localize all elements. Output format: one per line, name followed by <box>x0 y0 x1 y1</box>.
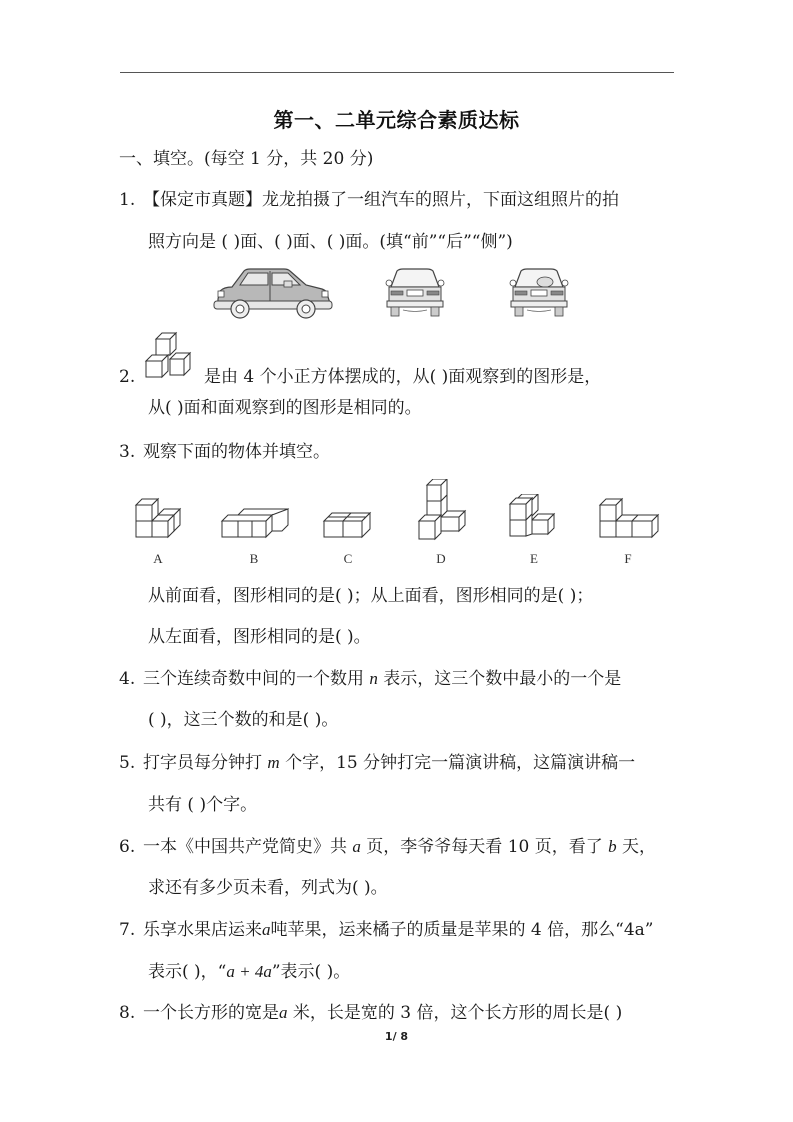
cube-figure-a <box>134 497 190 543</box>
page-title: 第一、二单元综合素质达标 <box>0 104 793 133</box>
question-text: 个字，15 分钟打完一篇演讲稿，这篇演讲稿一 <box>280 753 635 773</box>
variable-n: n <box>369 669 378 688</box>
question-text: 【保定市真题】龙龙拍摄了一组汽车的照片，下面这组照片的拍 <box>143 190 619 210</box>
question-3-line-2: 从前面看，图形相同的是( )；从上面看，图形相同的是( )； <box>148 585 593 607</box>
question-text: 吨苹果，运来橘子的质量是苹果的 4 倍，那么“4a” <box>271 920 654 940</box>
car-rear-view-figure <box>383 265 447 319</box>
question-text: 观察下面的物体并填空。 <box>143 442 330 462</box>
cube-figure-c <box>322 507 372 541</box>
expression: a + 4a <box>226 962 271 981</box>
figure-label-c: C <box>338 551 358 567</box>
question-text: 表示，这三个数中最小的一个是 <box>378 669 621 689</box>
cube-figure-d <box>415 479 467 543</box>
variable-a: a <box>279 1003 288 1022</box>
section-heading: 一、填空。(每空 1 分，共 20 分) <box>119 148 373 170</box>
question-text: 打字员每分钟打 <box>143 753 267 773</box>
question-text: 乐享水果店运来 <box>143 920 262 940</box>
question-text: 一本《中国共产党简史》共 <box>143 837 352 857</box>
page-number: 1/ 8 <box>0 1030 793 1043</box>
question-1-line-1: 1.【保定市真题】龙龙拍摄了一组汽车的照片，下面这组照片的拍 <box>119 189 619 211</box>
car-rear-view-spare-tire-figure <box>507 265 571 319</box>
question-text: 三个连续奇数中间的一个数用 <box>143 669 369 689</box>
figure-label-f: F <box>618 551 638 567</box>
variable-a: a <box>262 920 271 939</box>
question-text: ”表示( )。 <box>272 962 350 982</box>
question-number: 6. <box>119 836 143 858</box>
cube-figure-f <box>598 497 662 543</box>
question-text: 页，李爷爷每天看 10 页，看了 <box>361 837 608 857</box>
question-6-line-2: 求还有多少页未看，列式为( )。 <box>148 877 388 899</box>
figure-label-a: A <box>148 551 168 567</box>
car-side-view-figure <box>210 265 336 319</box>
question-1-line-2: 照方向是 ( )面、( )面、( )面。(填“前”“后”“侧”) <box>148 231 513 253</box>
question-7-line-2: 表示( )，“a + 4a”表示( )。 <box>148 961 350 983</box>
variable-a: a <box>352 837 361 856</box>
question-5-line-1: 5.打字员每分钟打 m 个字，15 分钟打完一篇演讲稿，这篇演讲稿一 <box>119 752 635 774</box>
question-5-line-2: 共有 ( )个字。 <box>148 794 257 816</box>
question-number: 1. <box>119 189 143 211</box>
question-text: 米，长是宽的 3 倍，这个长方形的周长是( ) <box>288 1003 623 1023</box>
question-2-line-1: 2.是由 4 个小正方体摆成的，从( )面观察到的图形是， <box>119 366 601 388</box>
question-number: 3. <box>119 441 143 463</box>
question-number: 4. <box>119 668 143 690</box>
question-3-line-3: 从左面看，图形相同的是( )。 <box>148 626 371 648</box>
cube-figure-b <box>220 507 290 541</box>
figure-label-e: E <box>524 551 544 567</box>
question-3-line-1: 3.观察下面的物体并填空。 <box>119 441 330 463</box>
figure-label-d: D <box>431 551 451 567</box>
question-text: 一个长方形的宽是 <box>143 1003 279 1023</box>
cube-figure-e <box>508 494 558 542</box>
question-number: 2. <box>119 366 143 388</box>
question-text: 是由 4 个小正方体摆成的，从( )面观察到的图形是， <box>204 367 601 387</box>
header-rule <box>120 72 674 73</box>
question-number: 5. <box>119 752 143 774</box>
figure-label-b: B <box>244 551 264 567</box>
question-2-line-2: 从( )面和面观察到的图形是相同的。 <box>148 397 422 419</box>
question-text: 天， <box>617 837 656 857</box>
question-number: 7. <box>119 919 143 941</box>
question-4-line-1: 4.三个连续奇数中间的一个数用 n 表示，这三个数中最小的一个是 <box>119 668 621 690</box>
question-text: 表示( )，“ <box>148 962 226 982</box>
question-8-line-1: 8.一个长方形的宽是a 米，长是宽的 3 倍，这个长方形的周长是( ) <box>119 1002 622 1024</box>
question-7-line-1: 7.乐享水果店运来a吨苹果，运来橘子的质量是苹果的 4 倍，那么“4a” <box>119 919 653 941</box>
variable-b: b <box>608 837 617 856</box>
question-number: 8. <box>119 1002 143 1024</box>
question-4-line-2: ( )，这三个数的和是( )。 <box>148 709 338 731</box>
variable-m: m <box>267 753 279 772</box>
question-6-line-1: 6.一本《中国共产党简史》共 a 页，李爷爷每天看 10 页，看了 b 天， <box>119 836 656 858</box>
